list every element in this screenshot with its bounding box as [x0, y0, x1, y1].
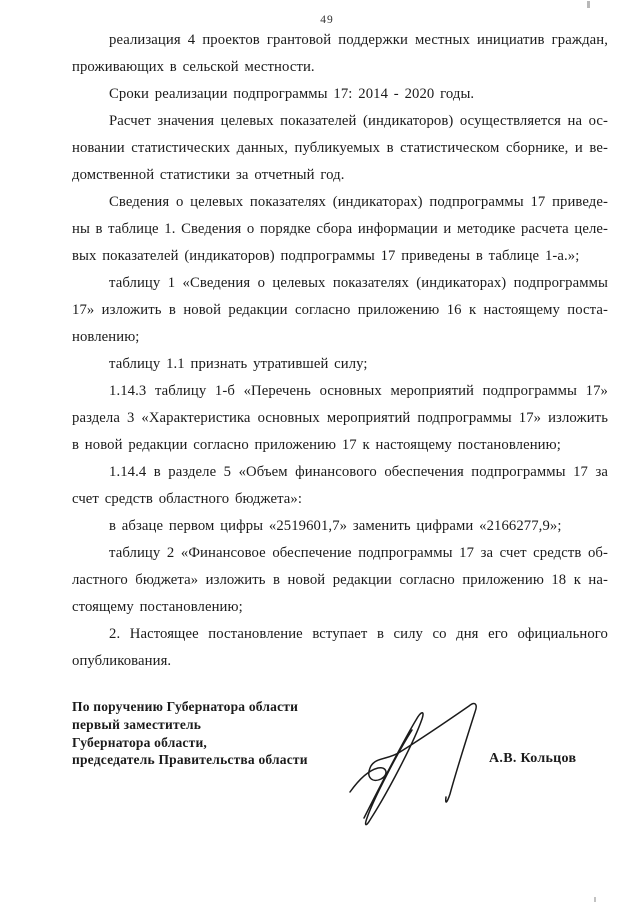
- signatory-title-line: Губернатора области,: [72, 734, 308, 752]
- paragraph: таблицу 2 «Финансовое обеспечение подпро…: [72, 540, 608, 621]
- text-line: таблицу 1.1 признать утратившей силу;: [72, 351, 608, 378]
- text-line: в новой редакции согласно приложению 17 …: [72, 432, 608, 459]
- paragraph: реализация 4 проектов грантовой поддержк…: [72, 27, 608, 81]
- text-line: вых показателей (индикаторов) подпрограм…: [72, 243, 608, 270]
- page-number: 49: [0, 14, 640, 26]
- text-line: счет средств областного бюджета»:: [72, 486, 608, 513]
- text-line: 17» изложить в новой редакции согласно п…: [72, 297, 608, 324]
- text-line: таблицу 1 «Сведения о целевых показателя…: [72, 270, 608, 297]
- text-line: таблицу 2 «Финансовое обеспечение подпро…: [72, 540, 608, 567]
- text-line: реализация 4 проектов грантовой поддержк…: [72, 27, 608, 54]
- text-line: новании статистических данных, публикуем…: [72, 135, 608, 162]
- text-line: 2. Настоящее постановление вступает в си…: [72, 621, 608, 648]
- paragraph: Расчет значения целевых показателей (инд…: [72, 108, 608, 189]
- text-line: стоящему постановлению;: [72, 594, 608, 621]
- paragraph: Сроки реализации подпрограммы 17: 2014 -…: [72, 81, 608, 108]
- handwritten-signature-icon: [340, 680, 500, 838]
- text-line: ластного бюджета» изложить в новой редак…: [72, 567, 608, 594]
- paragraph: 1.14.4 в разделе 5 «Объем финансового об…: [72, 459, 608, 513]
- paragraph: таблицу 1 «Сведения о целевых показателя…: [72, 270, 608, 351]
- document-body: реализация 4 проектов грантовой поддержк…: [72, 27, 608, 675]
- signer-name: А.В. Кольцов: [489, 751, 576, 767]
- scan-artifact: [587, 1, 590, 8]
- document-page: 49 реализация 4 проектов грантовой подде…: [0, 0, 640, 905]
- text-line: проживающих в сельской местности.: [72, 54, 608, 81]
- text-line: раздела 3 «Характеристика основных мероп…: [72, 405, 608, 432]
- text-line: Расчет значения целевых показателей (инд…: [72, 108, 608, 135]
- text-line: 1.14.3 таблицу 1-б «Перечень основных ме…: [72, 378, 608, 405]
- signatory-title-line: первый заместитель: [72, 716, 308, 734]
- signatory-title-line: По поручению Губернатора области: [72, 698, 308, 716]
- text-line: новлению;: [72, 324, 608, 351]
- signatory-title-line: председатель Правительства области: [72, 751, 308, 769]
- text-line: Сведения о целевых показателях (индикато…: [72, 189, 608, 216]
- text-line: Сроки реализации подпрограммы 17: 2014 -…: [72, 81, 608, 108]
- paragraph: 2. Настоящее постановление вступает в си…: [72, 621, 608, 675]
- paragraph: таблицу 1.1 признать утратившей силу;: [72, 351, 608, 378]
- signatory-title-block: По поручению Губернатора областипервый з…: [72, 698, 308, 769]
- text-line: ны в таблице 1. Сведения о порядке сбора…: [72, 216, 608, 243]
- text-line: в абзаце первом цифры «2519601,7» замени…: [72, 513, 608, 540]
- text-line: опубликования.: [72, 648, 608, 675]
- scan-artifact: [594, 897, 596, 902]
- paragraph: в абзаце первом цифры «2519601,7» замени…: [72, 513, 608, 540]
- text-line: 1.14.4 в разделе 5 «Объем финансового об…: [72, 459, 608, 486]
- paragraph: Сведения о целевых показателях (индикато…: [72, 189, 608, 270]
- paragraph: 1.14.3 таблицу 1-б «Перечень основных ме…: [72, 378, 608, 459]
- text-line: домственной статистики за отчетный год.: [72, 162, 608, 189]
